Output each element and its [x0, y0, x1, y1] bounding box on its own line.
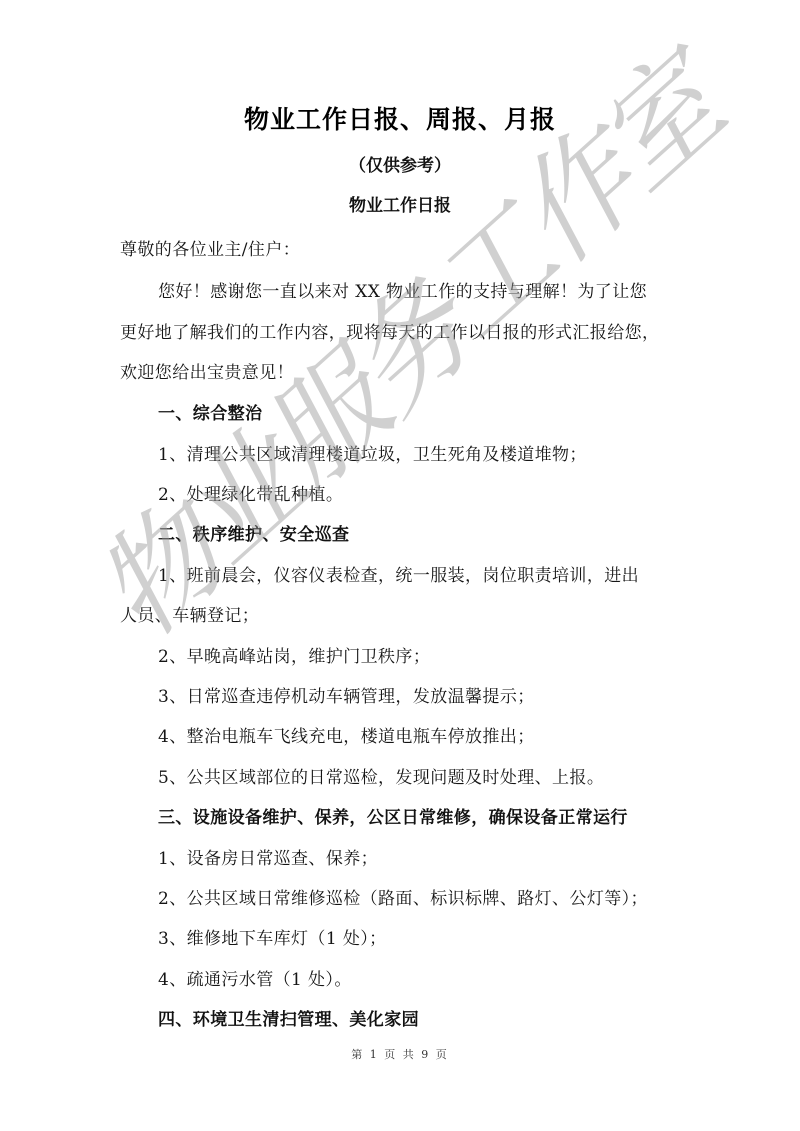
section-heading: 三、设施设备维护、保养，公区日常维修，确保设备正常运行 — [158, 806, 628, 830]
document-title: 物业工作日报、周报、月报 — [0, 100, 800, 136]
list-item: 1、班前晨会，仪容仪表检查，统一服装，岗位职责培训，进出 — [158, 564, 639, 588]
list-item: 3、日常巡查违停机动车辆管理，发放温馨提示； — [158, 685, 535, 709]
greeting: 尊敬的各位业主/住户： — [120, 238, 300, 262]
list-item: 2、早晚高峰站岗，维护门卫秩序； — [158, 645, 430, 669]
list-item: 5、公共区域部位的日常巡检，发现问题及时处理、上报。 — [158, 766, 604, 790]
list-item: 1、设备房日常巡查、保养； — [158, 847, 378, 871]
intro-line: 欢迎您给出宝贵意见！ — [120, 361, 294, 385]
document-subtitle: （仅供参考） — [0, 151, 800, 176]
section-heading: 二、秩序维护、安全巡查 — [158, 523, 349, 547]
list-item: 4、整治电瓶车飞线充电，楼道电瓶车停放推出； — [158, 725, 535, 749]
list-item: 4、疏通污水管（1 处）。 — [158, 968, 352, 992]
list-item: 2、处理绿化带乱种植。 — [158, 483, 343, 507]
list-item-continuation: 人员、车辆登记； — [120, 604, 259, 628]
page-number: 第 1 页 共 9 页 — [0, 1046, 800, 1062]
intro-line: 您好！感谢您一直以来对 XX 物业工作的支持与理解！为了让您 — [158, 280, 647, 304]
section-heading: 一、综合整治 — [158, 402, 262, 426]
report-title: 物业工作日报 — [0, 191, 800, 216]
list-item: 3、维修地下车库灯（1 处）； — [158, 927, 387, 951]
list-item: 2、公共区域日常维修巡检（路面、标识标牌、路灯、公灯等）； — [158, 887, 648, 911]
document-page: 物业工作日报、周报、月报 （仅供参考） 物业工作日报 尊敬的各位业主/住户： 您… — [0, 0, 800, 1131]
list-item: 1、清理公共区域清理楼道垃圾，卫生死角及楼道堆物； — [158, 443, 587, 467]
section-heading: 四、环境卫生清扫管理、美化家园 — [158, 1008, 419, 1032]
intro-line: 更好地了解我们的工作内容，现将每天的工作以日报的形式汇报给您， — [120, 321, 659, 345]
